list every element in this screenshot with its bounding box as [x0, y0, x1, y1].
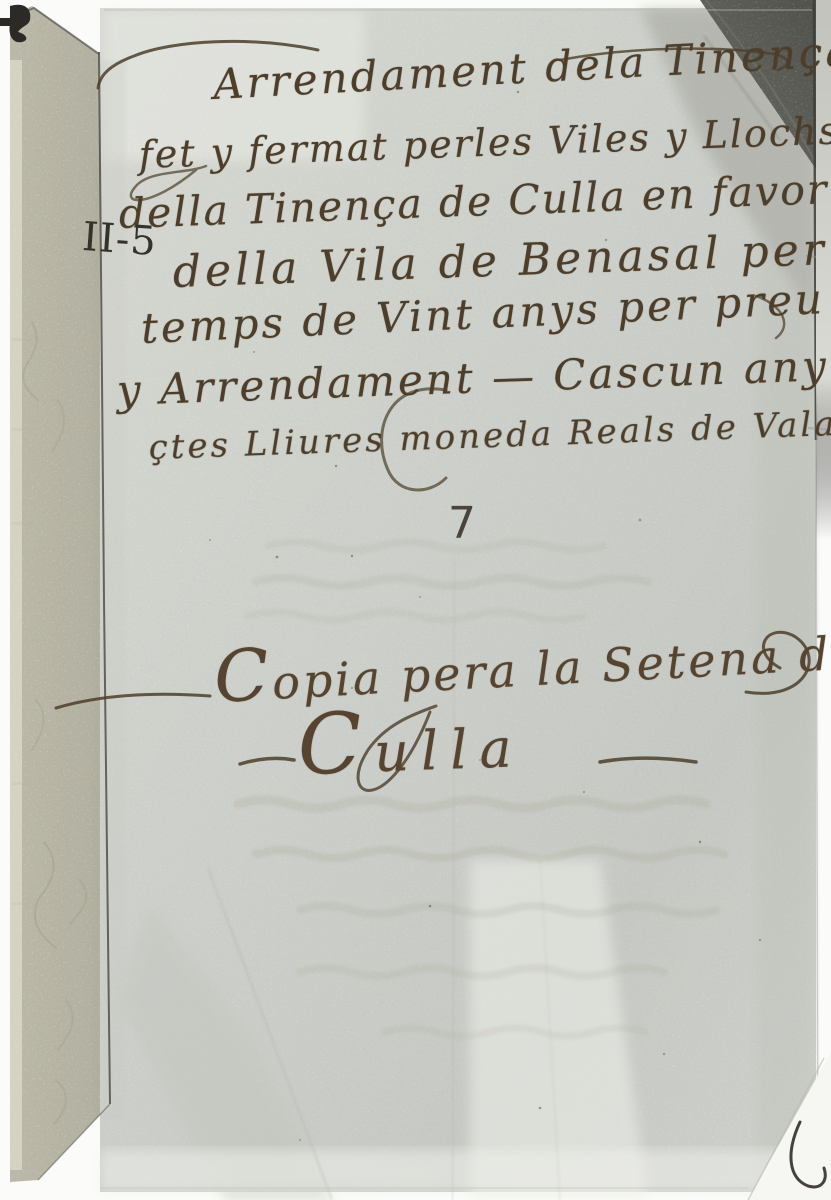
page-number-mark: 7 [448, 498, 476, 549]
ink-blot [0, 5, 30, 42]
manuscript-scan: Arrendament dela Tinença fet y fermat pe… [0, 0, 831, 1200]
underpage-strip [10, 6, 110, 1182]
copy-note-line-2: Culla [296, 688, 525, 794]
archival-number: II-5 [81, 214, 159, 265]
